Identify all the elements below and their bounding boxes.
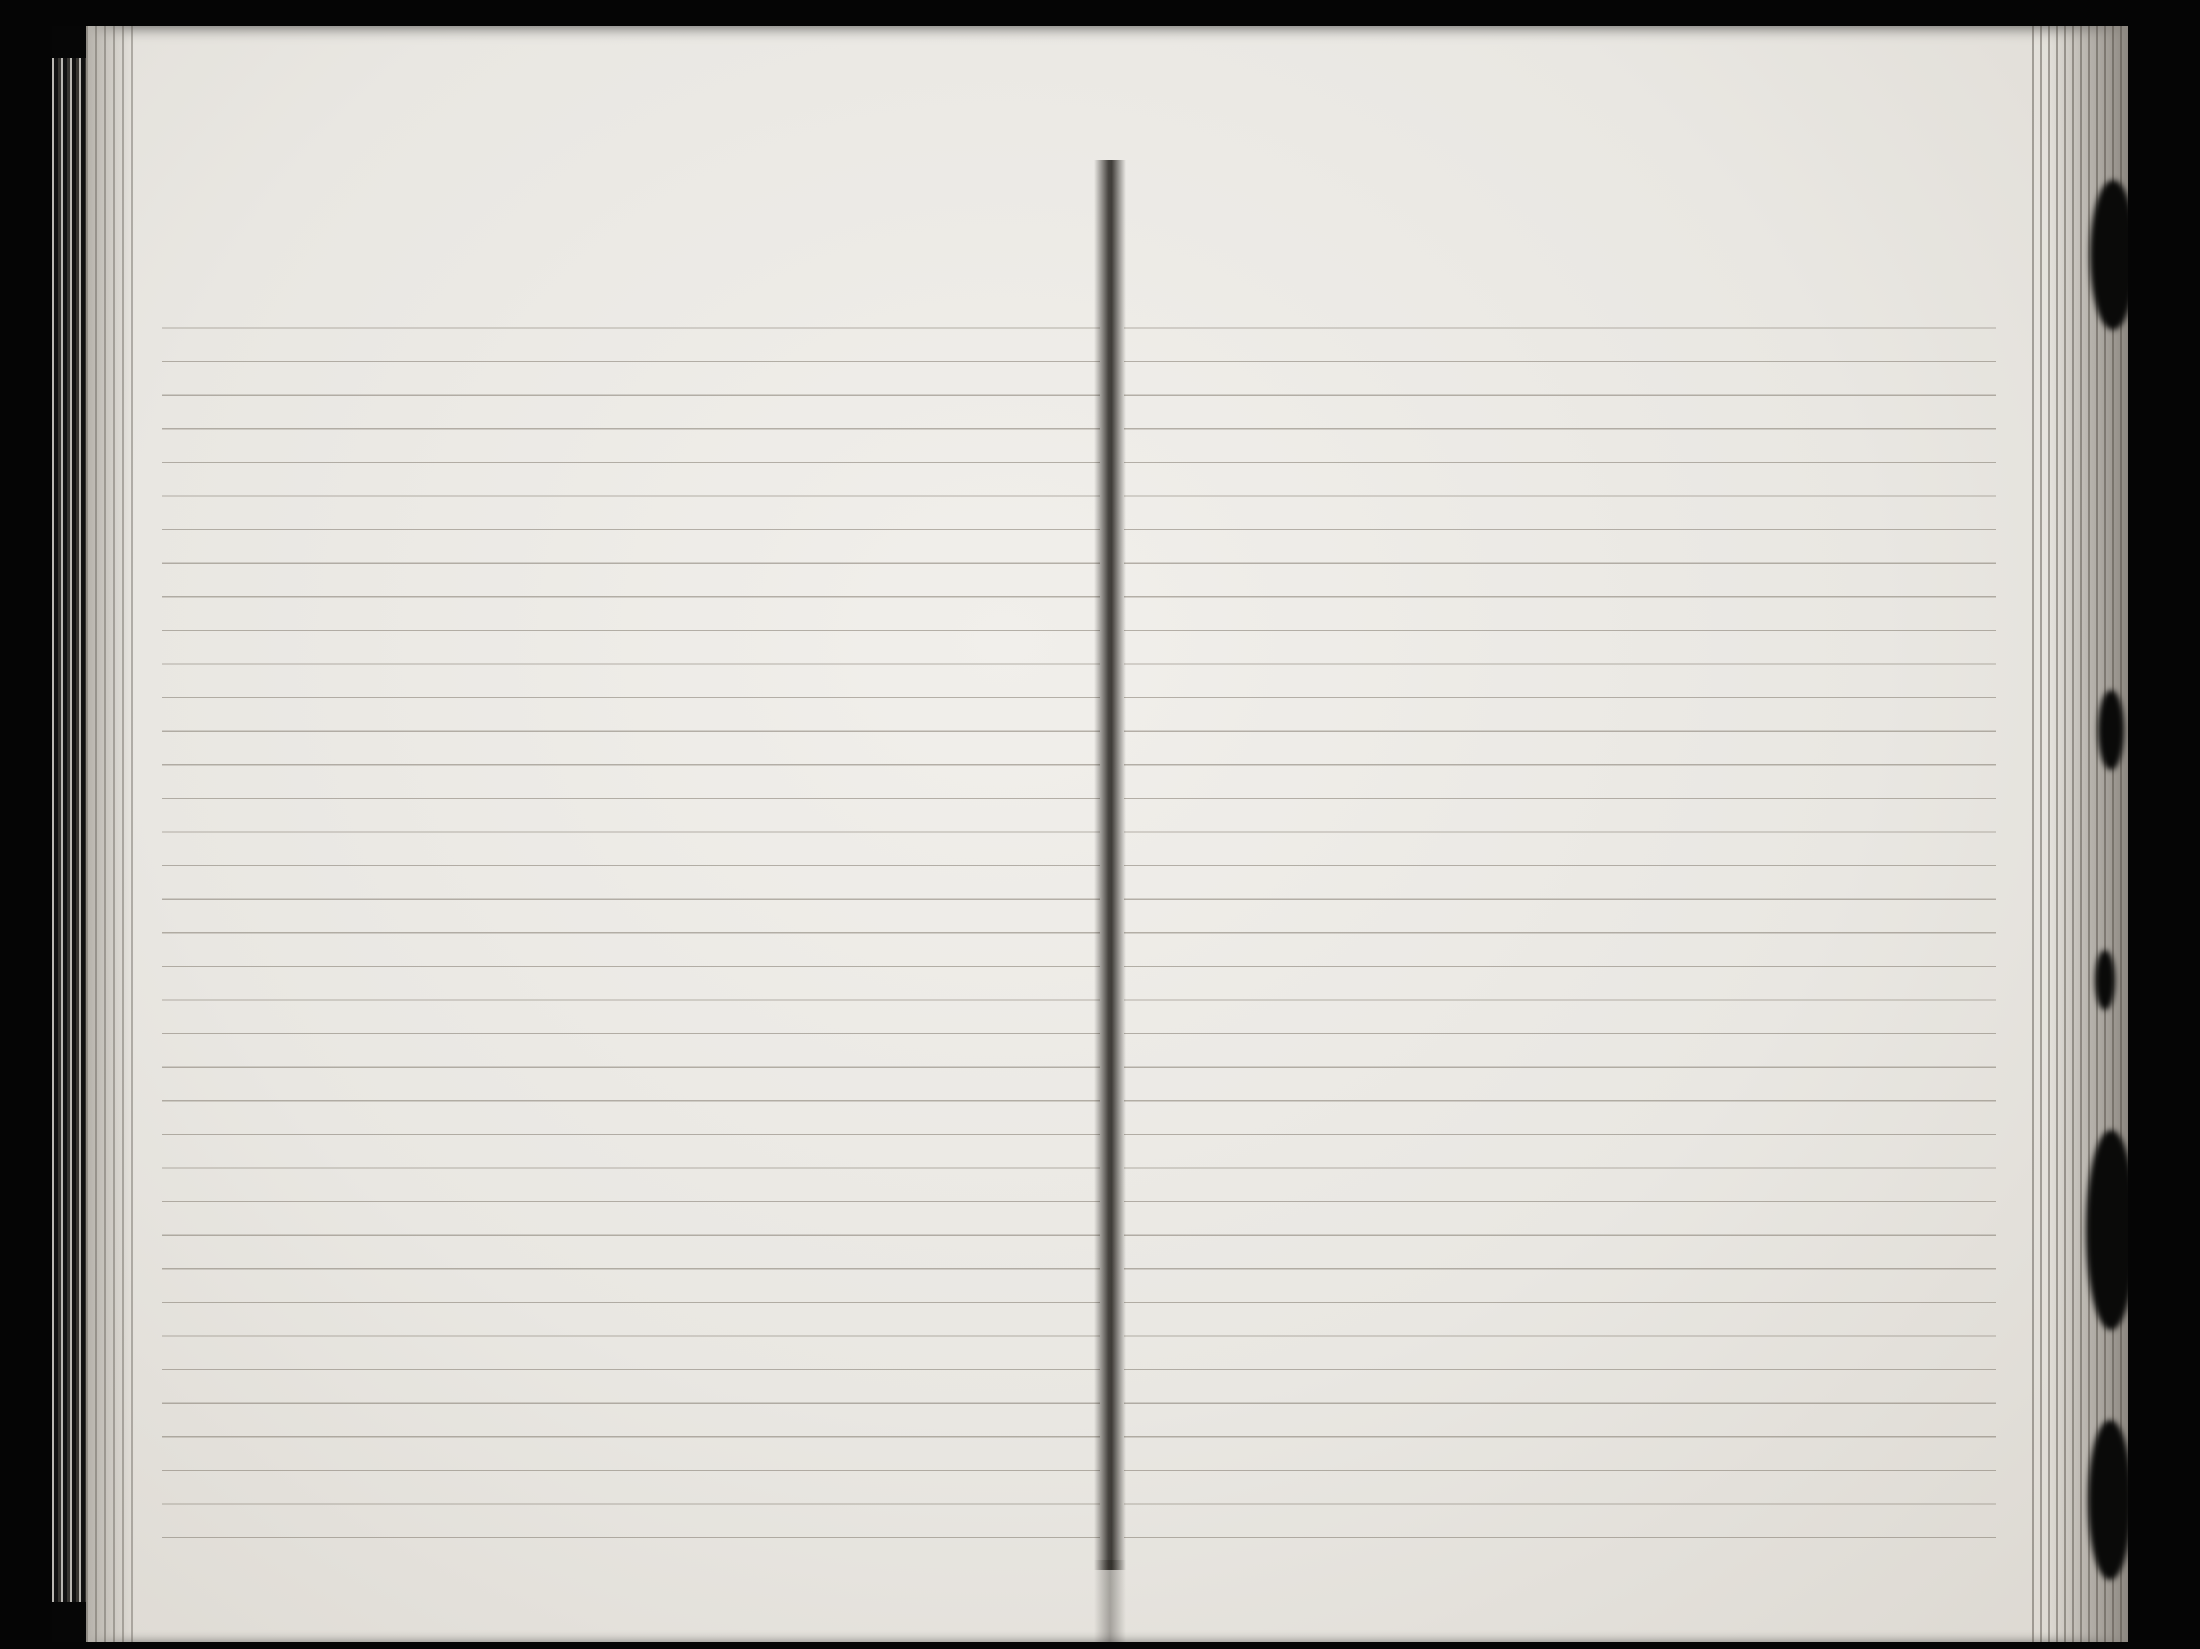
column-header-admitted (909, 178, 933, 297)
column-header-vaccination (567, 178, 592, 297)
ledger-ruling-left (162, 295, 1100, 1558)
ink-blot (2098, 690, 2124, 770)
book-gutter-shadow (1094, 160, 1126, 1570)
book-gutter-shadow-lower (1094, 1560, 1126, 1642)
scan-border-bottom (0, 1642, 2200, 1649)
column-header-understands (855, 178, 879, 297)
ink-blot (2088, 1420, 2132, 1580)
column-header-scripture-language (828, 178, 852, 297)
page-stack-left (86, 26, 140, 1642)
scan-border-top (0, 0, 2200, 26)
column-header-missed-exams (882, 178, 906, 297)
scan-border-left (0, 0, 52, 1649)
fore-edge-left (52, 58, 86, 1602)
column-header-abc-book (621, 178, 646, 297)
ink-blot (2095, 950, 2115, 1010)
ledger-ruling-right (1124, 295, 1996, 1558)
column-header-reading (594, 178, 619, 297)
scanned-parish-register (0, 0, 2200, 1649)
scan-border-right (2128, 0, 2200, 1649)
